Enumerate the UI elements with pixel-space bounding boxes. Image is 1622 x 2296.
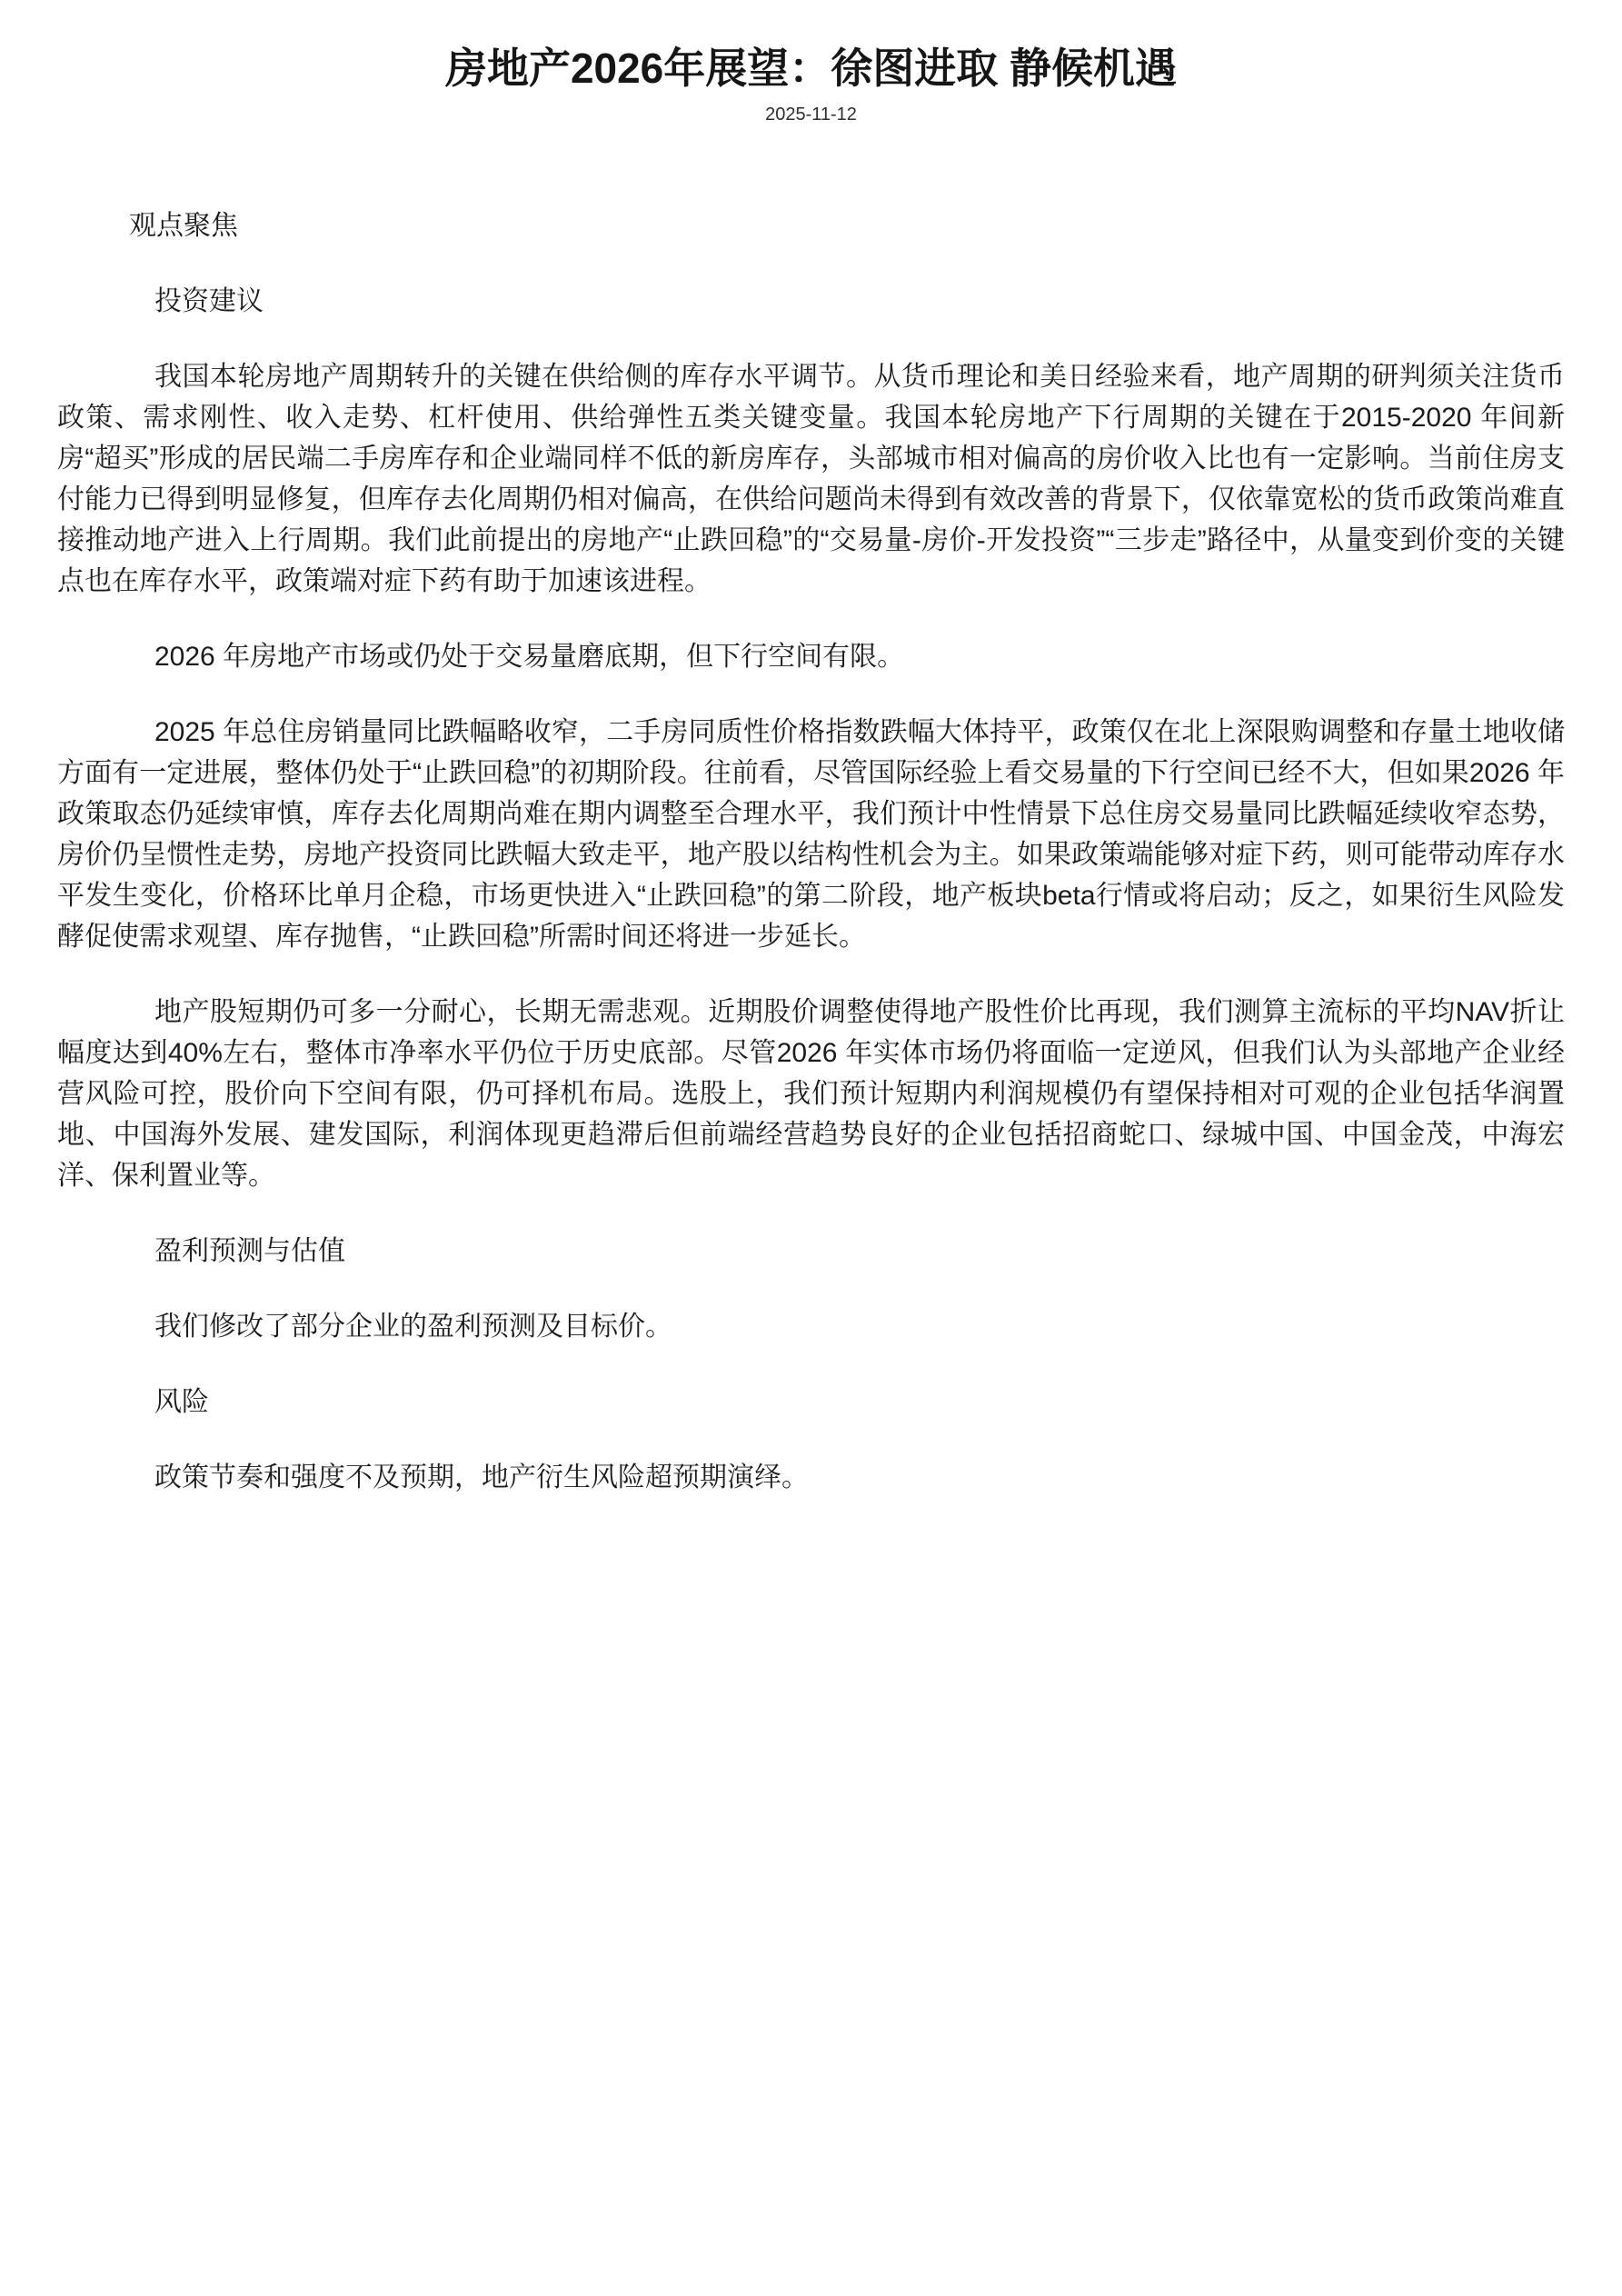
paragraph-supply-side-inventory: 我国本轮房地产周期转升的关键在供给侧的库存水平调节。从货币理论和美日经验来看，地… — [57, 356, 1565, 602]
heading-investment-advice: 投资建议 — [57, 281, 1565, 322]
report-title: 房地产2026年展望：徐图进取 静候机遇 — [57, 42, 1565, 95]
paragraph-2025-market-review: 2025 年总住房销量同比跌幅略收窄，二手房同质性价格指数跌幅大体持平，政策仅在… — [57, 712, 1565, 957]
paragraph-earnings-revision: 我们修改了部分企业的盈利预测及目标价。 — [57, 1306, 1565, 1347]
heading-viewpoint-focus: 观点聚焦 — [57, 205, 1565, 246]
heading-earnings-forecast-valuation: 盈利预测与估值 — [57, 1231, 1565, 1272]
paragraph-risk-statement: 政策节奏和强度不及预期，地产衍生风险超预期演绎。 — [57, 1457, 1565, 1498]
heading-risks: 风险 — [57, 1382, 1565, 1423]
paragraph-property-stocks: 地产股短期仍可多一分耐心，长期无需悲观。近期股价调整使得地产股性价比再现，我们测… — [57, 992, 1565, 1196]
report-date: 2025-11-12 — [57, 100, 1565, 129]
document-page: 房地产2026年展望：徐图进取 静候机遇 2025-11-12 观点聚焦 投资建… — [0, 0, 1622, 2296]
paragraph-2026-outlook: 2026 年房地产市场或仍处于交易量磨底期，但下行空间有限。 — [57, 636, 1565, 677]
report-document: { "doc": { "title": "房地产2026年展望：徐图进取 静候机… — [0, 0, 1622, 2296]
